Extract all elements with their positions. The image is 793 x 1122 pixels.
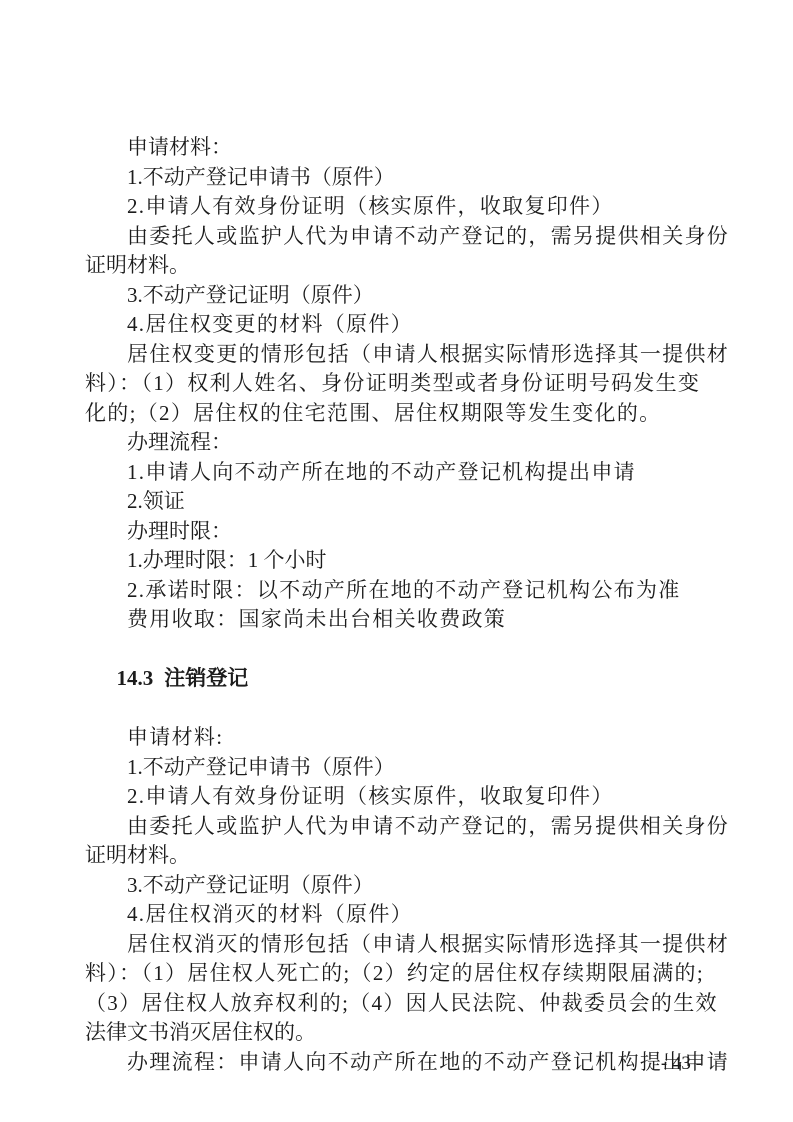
text-line: 申请材料：	[85, 133, 709, 163]
text-line: 由委托人或监护人代为申请不动产登记的，需另提供相关身份	[85, 812, 709, 842]
text-line: 法律文书消灭居住权的。	[85, 1018, 709, 1048]
text-line: 2.申请人有效身份证明（核实原件，收取复印件）	[85, 192, 709, 222]
text-line: 费用收取：国家尚未出台相关收费政策	[85, 605, 709, 635]
text-line: 4.居住权消灭的材料（原件）	[85, 900, 709, 930]
text-line: 料）：（1）权利人姓名、身份证明类型或者身份证明号码发生变	[85, 369, 709, 399]
text-line: 1.不动产登记申请书（原件）	[85, 753, 709, 783]
section-heading: 14.3注销登记	[85, 635, 709, 724]
text-line: 料）：（1）居住权人死亡的;（2）约定的居住权存续期限届满的;	[85, 959, 709, 989]
text-line: 化的;（2）居住权的住宅范围、居住权期限等发生变化的。	[85, 399, 709, 429]
text-line: 居住权消灭的情形包括（申请人根据实际情形选择其一提供材	[85, 930, 709, 960]
text-line: 办理流程：	[85, 428, 709, 458]
text-line: 由委托人或监护人代为申请不动产登记的，需另提供相关身份	[85, 222, 709, 252]
page-body-text: 申请材料： 1.不动产登记申请书（原件） 2.申请人有效身份证明（核实原件，收取…	[85, 133, 709, 1077]
page-number: - 43 -	[85, 1052, 702, 1076]
section-heading-title: 注销登记	[164, 666, 248, 690]
text-line: 2.申请人有效身份证明（核实原件，收取复印件）	[85, 782, 709, 812]
text-line: 2.领证	[85, 487, 709, 517]
text-line: 申请材料:	[85, 723, 709, 753]
text-line: 证明材料。	[85, 841, 709, 871]
text-line: 1.办理时限：1 个小时	[85, 546, 709, 576]
text-line: 1.申请人向不动产所在地的不动产登记机构提出申请	[85, 458, 709, 488]
text-line: 1.不动产登记申请书（原件）	[85, 163, 709, 193]
document-page: 申请材料： 1.不动产登记申请书（原件） 2.申请人有效身份证明（核实原件，收取…	[0, 0, 793, 1122]
text-line: 2.承诺时限：以不动产所在地的不动产登记机构公布为准	[85, 576, 709, 606]
text-line: 3.不动产登记证明（原件）	[85, 871, 709, 901]
text-line: 办理时限：	[85, 517, 709, 547]
text-line: 3.不动产登记证明（原件）	[85, 281, 709, 311]
text-line: （3）居住权人放弃权利的;（4）因人民法院、仲裁委员会的生效	[85, 989, 709, 1019]
section-heading-number: 14.3	[117, 666, 154, 690]
text-line: 居住权变更的情形包括（申请人根据实际情形选择其一提供材	[85, 340, 709, 370]
text-line: 4.居住权变更的材料（原件）	[85, 310, 709, 340]
text-line: 证明材料。	[85, 251, 709, 281]
